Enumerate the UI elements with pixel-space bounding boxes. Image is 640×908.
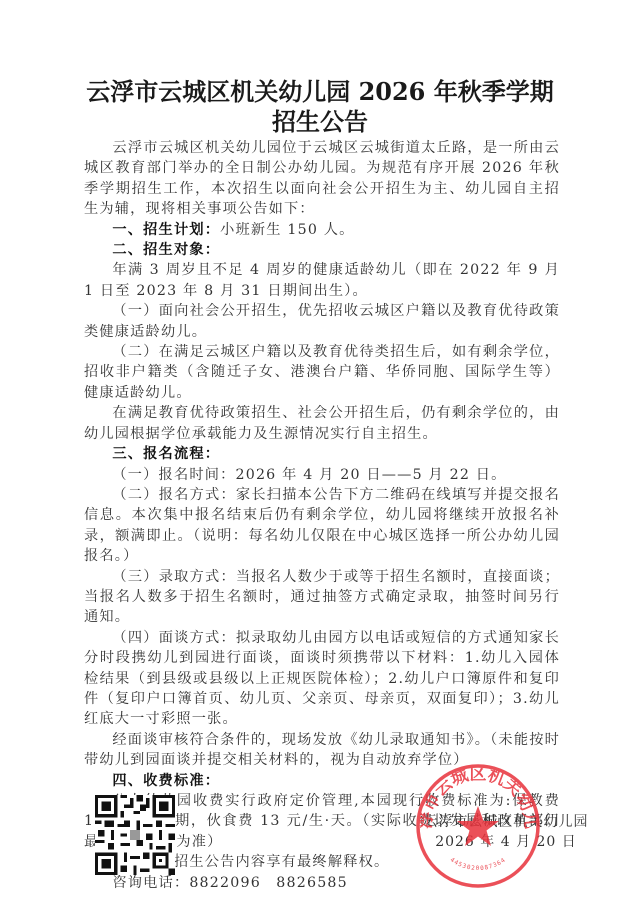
page-subtitle: 招生公告 (0, 102, 640, 137)
item-text: 2026 年 4 月 20 日——5 月 22 日。 (236, 467, 507, 483)
target-age-paragraph: 年满 3 周岁且不足 4 周岁的健康适龄幼儿（即在 2022 年 9 月 1 日… (84, 260, 560, 301)
section-heading: 二、招生对象： (112, 242, 220, 258)
item-label: （二）报名方式： (112, 487, 236, 503)
registration-qr-code[interactable] (95, 795, 175, 875)
target-item-1: （一）面向社会公开招生，优先招收云城区户籍以及教育优待政策类健康适龄幼儿。 (84, 301, 560, 342)
target-item-3: 在满足教育优待政策招生、社会公开招生后，仍有剩余学位的，由幼儿园根据学位承载能力… (84, 403, 560, 444)
item-label: （一）报名时间： (112, 467, 235, 483)
intro-paragraph: 云浮市云城区机关幼儿园位于云城区云城街道太丘路，是一所由云城区教育部门举办的全日… (84, 138, 560, 220)
item-label: （三）录取方式： (112, 569, 236, 585)
section-target-heading: 二、招生对象： (84, 240, 560, 260)
process-method: （二）报名方式：家长扫描本公告下方二维码在线填写并提交报名信息。本次集中报名结束… (84, 485, 560, 567)
section-heading: 三、报名流程： (112, 446, 220, 462)
target-item-2: （二）在满足云城区户籍以及教育优待类招生后，如有剩余学位，招收非户籍类（含随迁子… (84, 342, 560, 403)
official-seal-stamp: 云浮市云城区机关幼儿园 4453020087364 (414, 762, 542, 890)
process-interview: （四）面谈方式：拟录取幼儿由园方以电话或短信的方式通知家长分时段携幼儿到园进行面… (84, 628, 560, 730)
process-time: （一）报名时间：2026 年 4 月 20 日——5 月 22 日。 (84, 465, 560, 485)
page-number: 1 (316, 856, 322, 866)
section-text: 小班新生 150 人。 (220, 222, 354, 238)
process-admission: （三）录取方式：当报名人数少于或等于招生名额时，直接面谈；当报名人数多于招生名额… (84, 567, 560, 628)
section-heading: 一、招生计划： (112, 222, 220, 238)
svg-text:4453020087364: 4453020087364 (449, 856, 508, 872)
section-plan: 一、招生计划：小班新生 150 人。 (84, 220, 560, 240)
item-label: （四）面谈方式： (112, 630, 236, 646)
section-heading: 四、收费标准： (112, 773, 220, 789)
section-process-heading: 三、报名流程： (84, 444, 560, 464)
